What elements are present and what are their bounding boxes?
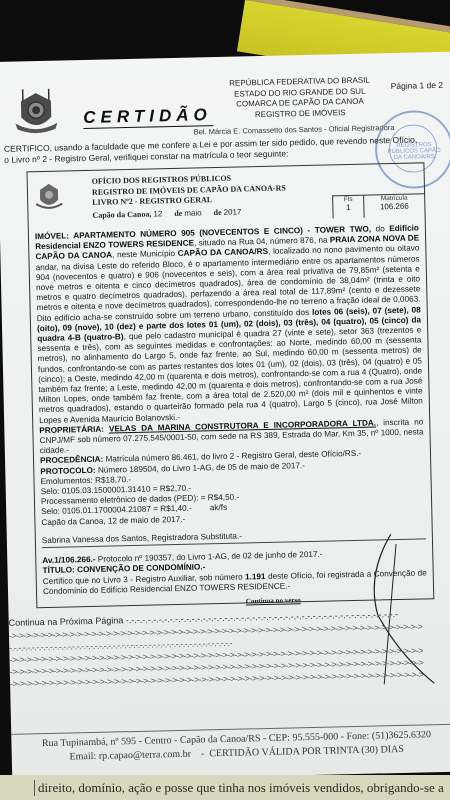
property-description: IMÓVEL: APARTAMENTO NÚMERO 905 (NOVECENT… (35, 223, 423, 426)
matricula-value: 106.266 (364, 201, 424, 211)
certificate-page: CERTIDÃO REPÚBLICA FEDERATIVA DO BRASIL … (0, 52, 450, 782)
record-date: Capão da Canoa, 12 de maio de 2017 (92, 207, 251, 220)
registry-crest-icon (34, 179, 65, 212)
page-number: Página 1 de 2 (391, 80, 444, 91)
date-city: Capão da Canoa, (92, 210, 151, 220)
date-day: 12 (153, 209, 162, 218)
origin-label: PROCEDÊNCIA: (40, 455, 103, 465)
state-coat-of-arms-icon (11, 87, 62, 138)
text-run: , neste Município (112, 249, 178, 259)
register-number: 1.191 (245, 572, 266, 581)
registrar-name: Bel. Márcia E. Comassetto dos Santos - O… (194, 123, 395, 137)
owner-label: PROPRIETÁRIA: (39, 425, 104, 435)
registry-record-box: OFÍCIO DOS REGISTROS PÚBLICOS REGISTRO D… (26, 162, 434, 608)
document-title: CERTIDÃO (83, 105, 214, 129)
municipality: CAPÃO DA CANOA/RS (178, 247, 268, 258)
annotation-label: Av.1/106.266.- (42, 555, 95, 565)
continues-label: Continua na Próxima Página (9, 615, 126, 628)
date-year: 2017 (224, 207, 242, 216)
folio-cell: Fls 1 (333, 196, 364, 219)
date-month: maio (184, 208, 202, 217)
office-heading: OFÍCIO DOS REGISTROS PÚBLICOS REGISTRO D… (92, 172, 286, 208)
continued-on-back-note: Continua no verso (213, 594, 333, 607)
footer: Rua Tupinambá, nº 595 - Centro - Capão d… (11, 728, 450, 766)
certification-intro: CERTIFICO, usando a faculdade que me con… (4, 134, 424, 165)
folio-value: 1 (333, 203, 363, 213)
text-run: do (371, 224, 389, 233)
folio-matricula-box: Fls 1 Matrícula 106.266 (332, 193, 425, 218)
date-sep: de (214, 208, 222, 217)
issuing-authority: REPÚBLICA FEDERATIVA DO BRASIL ESTADO DO… (224, 75, 375, 120)
underlying-page-text: direito, domínio, ação e posse que tinha… (34, 780, 444, 796)
date-sep: de (174, 209, 182, 218)
protocol-label: PROTOCOLO: (40, 466, 96, 476)
matricula-cell: Matrícula 106.266 (364, 194, 424, 217)
